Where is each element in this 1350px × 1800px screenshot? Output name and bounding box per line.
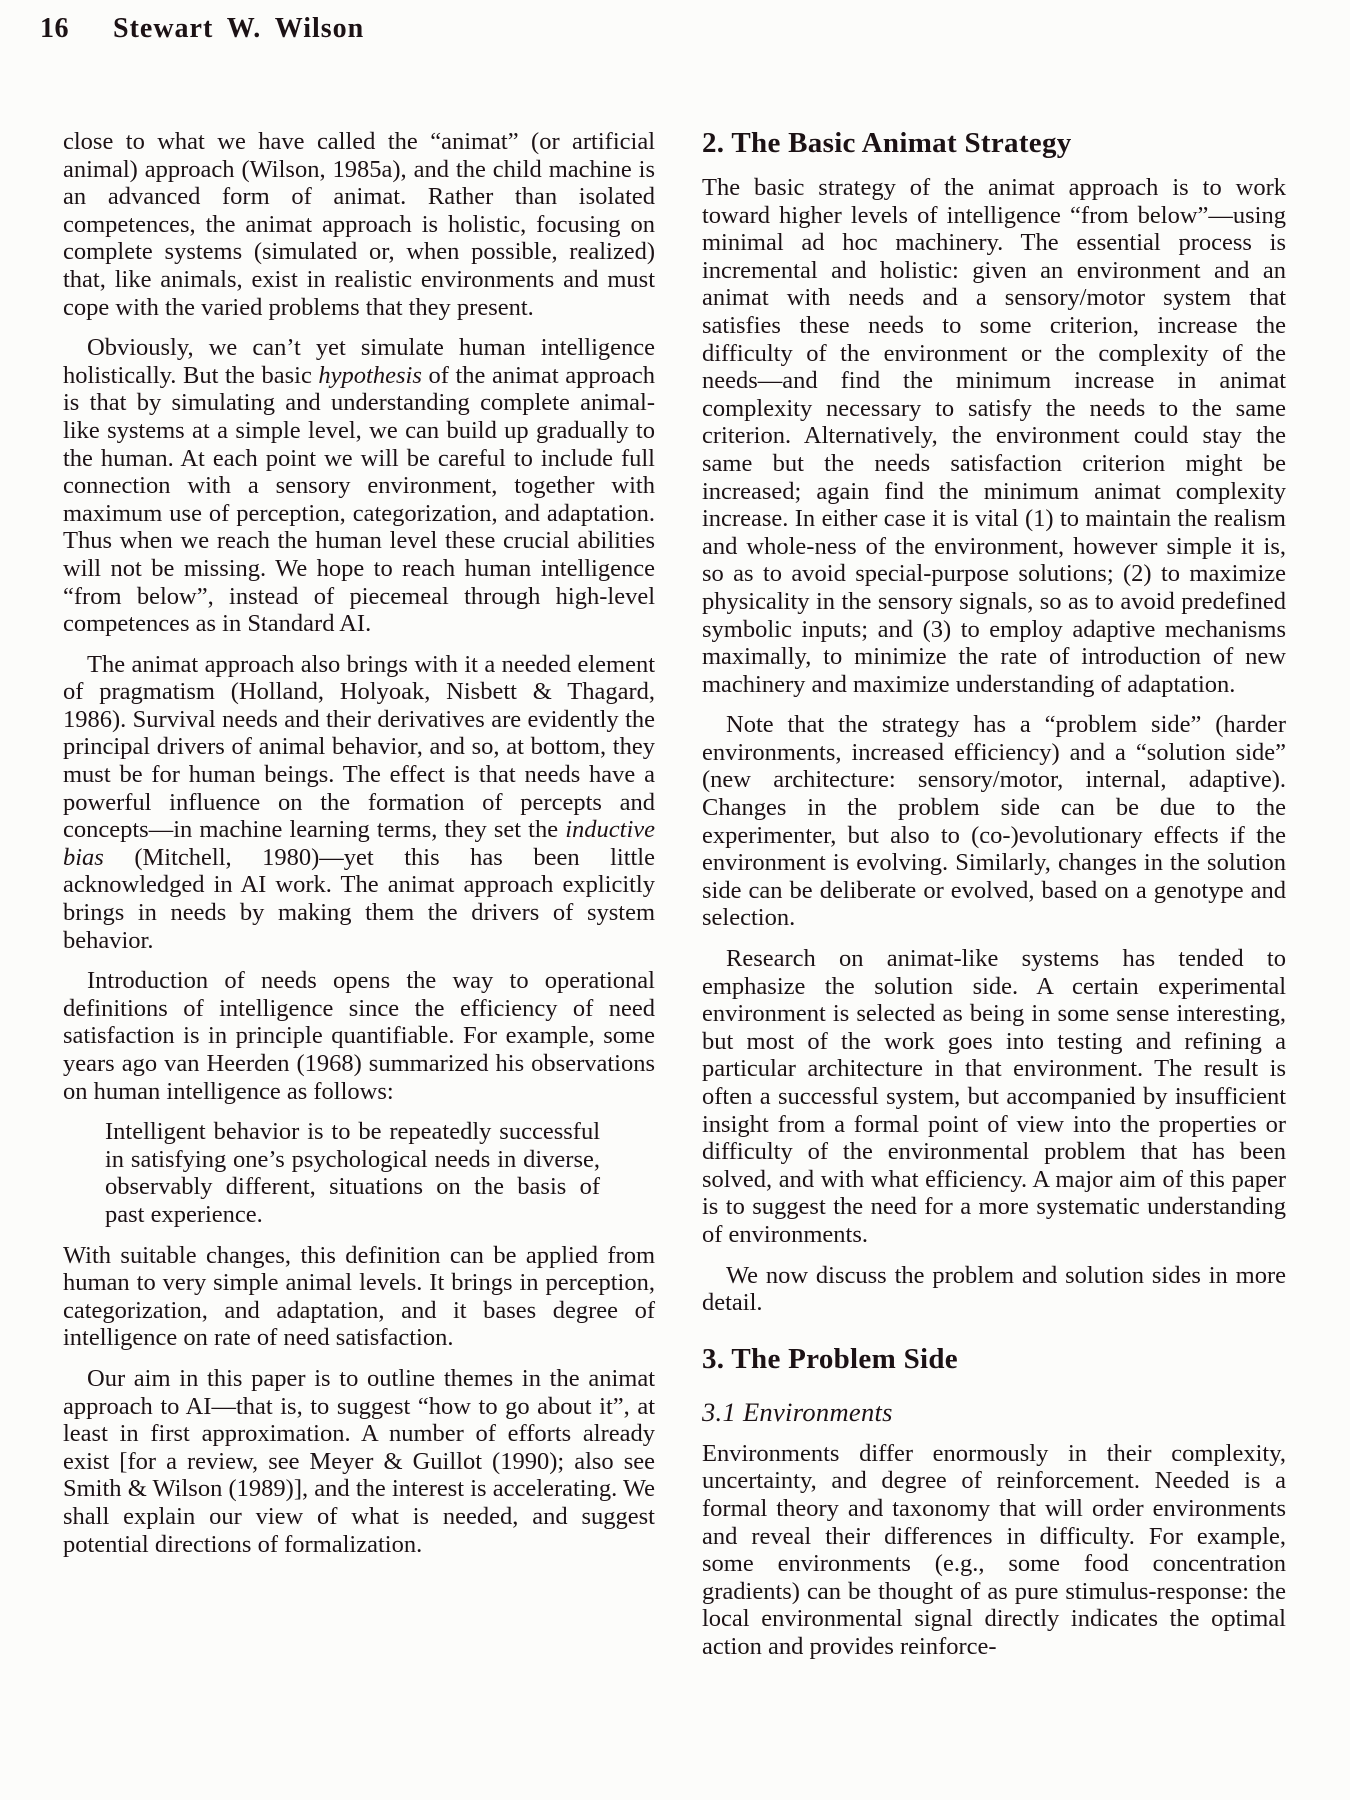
paragraph: The animat approach also brings with it … bbox=[63, 651, 655, 955]
paragraph: Introduction of needs opens the way to o… bbox=[63, 967, 655, 1105]
text-run: Introduction of needs opens the way to o… bbox=[63, 967, 655, 1104]
text-run: 3. The Problem Side bbox=[702, 1343, 958, 1375]
text-run: The animat approach also brings with it … bbox=[63, 651, 655, 844]
two-column-body: close to what we have called the “animat… bbox=[63, 128, 1286, 1661]
text-run: Research on animat-like systems has tend… bbox=[702, 945, 1286, 1248]
paragraph: We now discuss the problem and solution … bbox=[702, 1262, 1286, 1317]
text-run: close to what we have called the “animat… bbox=[63, 128, 655, 321]
text-run: Intelligent behavior is to be repeatedly… bbox=[105, 1118, 600, 1228]
column-right: 2. The Basic Animat StrategyThe basic st… bbox=[702, 128, 1286, 1661]
section-heading: 3. The Problem Side bbox=[702, 1344, 1286, 1375]
text-run: Our aim in this paper is to outline them… bbox=[63, 1365, 655, 1558]
paragraph: Research on animat-like systems has tend… bbox=[702, 945, 1286, 1249]
text-run: of the animat approach is that by simula… bbox=[63, 362, 655, 637]
subsection-heading: 3.1 Environments bbox=[702, 1398, 1286, 1427]
paragraph: With suitable changes, this definition c… bbox=[63, 1242, 655, 1352]
paragraph: Our aim in this paper is to outline them… bbox=[63, 1365, 655, 1558]
text-run: 3.1 Environments bbox=[702, 1397, 893, 1427]
text-run: The basic strategy of the animat approac… bbox=[702, 174, 1286, 698]
paper-page: 16 Stewart W. Wilson close to what we ha… bbox=[0, 0, 1350, 1800]
column-left: close to what we have called the “animat… bbox=[63, 128, 655, 1661]
paragraph: close to what we have called the “animat… bbox=[63, 128, 655, 321]
page-number: 16 bbox=[40, 13, 69, 45]
text-run: 2. The Basic Animat Strategy bbox=[702, 127, 1072, 159]
paragraph: Obviously, we can’t yet simulate human i… bbox=[63, 334, 655, 638]
block-quote: Intelligent behavior is to be repeatedly… bbox=[63, 1118, 655, 1228]
text-run: (Mitchell, 1980)—yet this has been littl… bbox=[63, 844, 655, 954]
running-header: 16 Stewart W. Wilson bbox=[40, 13, 364, 45]
paragraph: The basic strategy of the animat approac… bbox=[702, 174, 1286, 698]
running-head-author: Stewart W. Wilson bbox=[113, 13, 364, 45]
paragraph: Environments differ enormously in their … bbox=[702, 1440, 1286, 1661]
text-run: Environments differ enormously in their … bbox=[702, 1440, 1286, 1660]
emphasized-text: hypothesis bbox=[318, 362, 421, 389]
text-run: Note that the strategy has a “problem si… bbox=[702, 711, 1286, 931]
text-run: With suitable changes, this definition c… bbox=[63, 1242, 655, 1352]
text-run: We now discuss the problem and solution … bbox=[702, 1262, 1286, 1317]
section-heading: 2. The Basic Animat Strategy bbox=[702, 128, 1286, 159]
paragraph: Note that the strategy has a “problem si… bbox=[702, 711, 1286, 932]
